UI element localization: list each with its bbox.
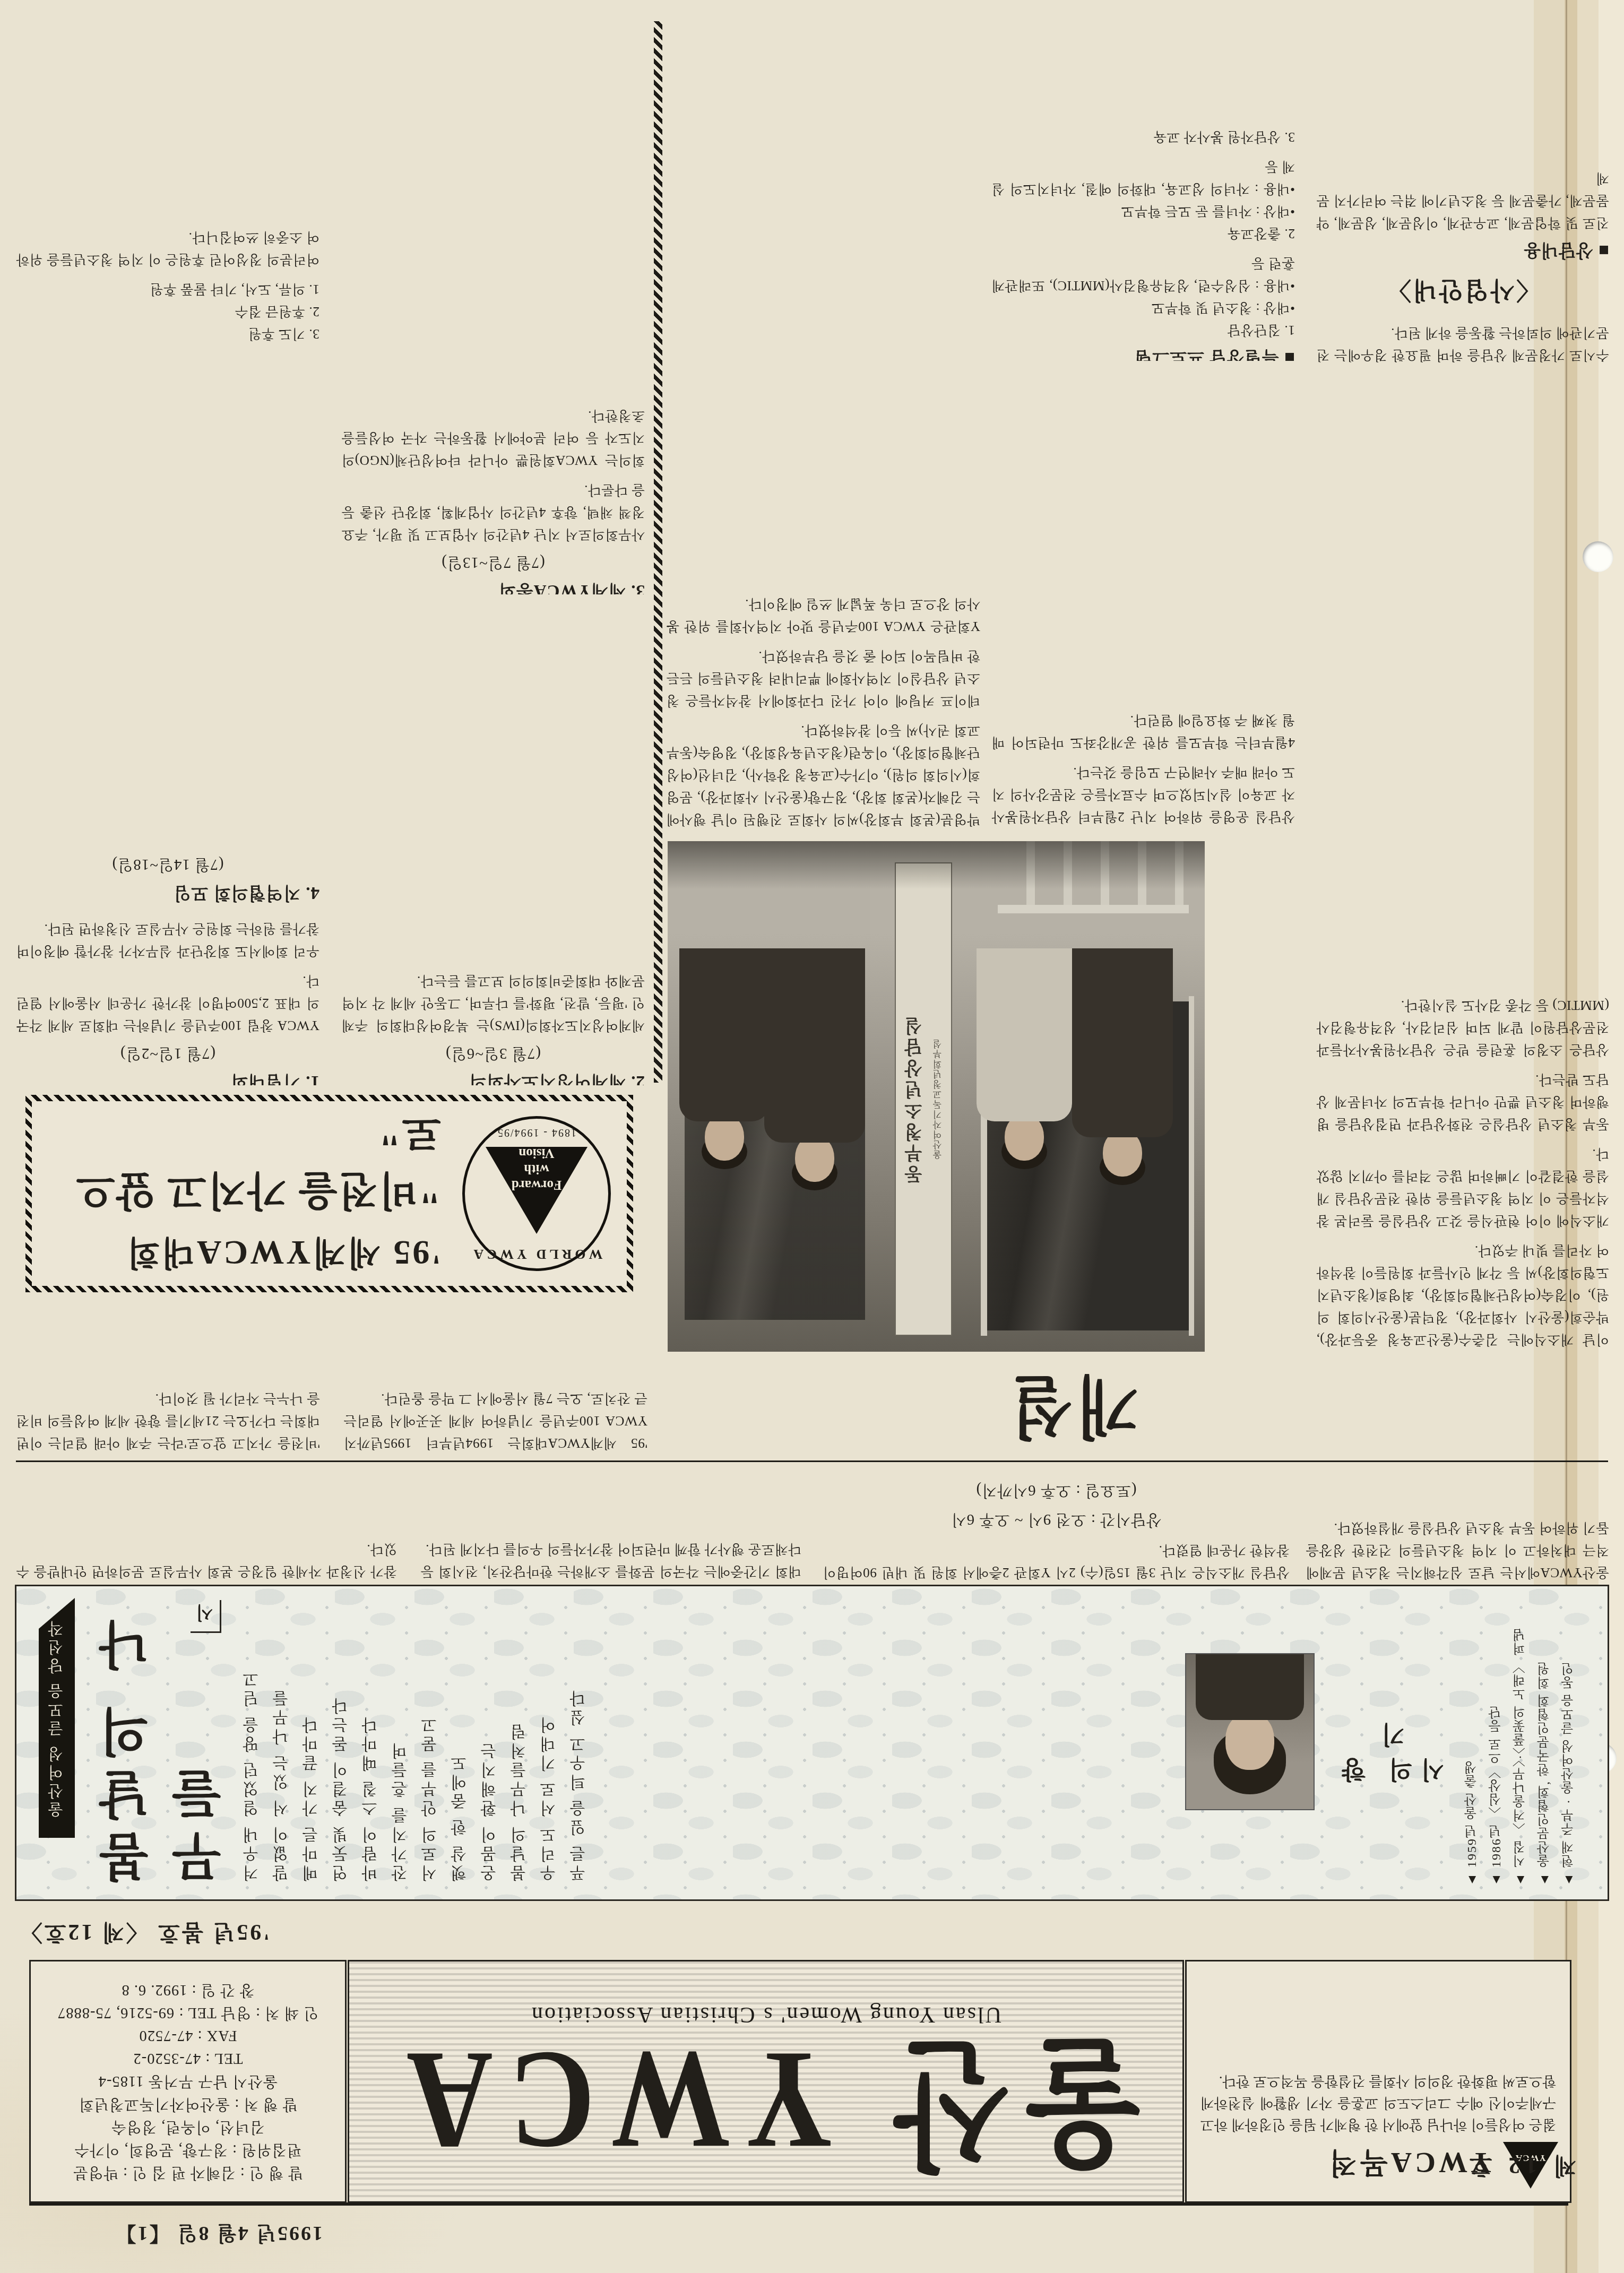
text-segment: 겨우내 얼었던 땅을 딛고 — [245, 1600, 261, 1881]
text-segment: ■ 특별상담 프로그램 — [991, 347, 1295, 361]
text-segment: 여러분의 정성어린 후원은 이 지역 청소년들을 위하여 소중히 쓰여집니다. — [16, 226, 319, 271]
text-segment: (7월 3일~6일) — [341, 1044, 645, 1066]
portrait-body — [1196, 1654, 1304, 1720]
text-segment: 4월부터는 학부모를 위한 공개강좌도 마련되어 매월 첫째 주 화요일에 열린… — [991, 709, 1295, 754]
text-segment: 동부 청소년 상담실은 전화상담과 면접상담을 병행하며 청소년 뿐만 아니라 … — [1316, 1068, 1609, 1135]
article-ywca95-item1: 1. 기념대회(7월 1일~2일)YWCA 창립 100주년을 기념하는 대회로… — [16, 353, 319, 1085]
text-segment: 1. 집단상담 •대상 : 청소년 및 학부모 •내용 : 심성수련, 성격유형… — [991, 252, 1295, 341]
article-photo: 울산여자기독교청년회부설 동부청소년상담실 — [668, 841, 1205, 1352]
text-segment: 잔가지를 흔들며 — [393, 1600, 409, 1881]
text-segment: (토요일 : 오후 6시까지) — [823, 1481, 1290, 1502]
poet-bio: ▲ 1959년 울산 출생▲ 1986년 〈심상〉으로 등단▲ 시집 〈겨울나무… — [1465, 1596, 1586, 1887]
photo-railing — [998, 905, 1189, 913]
world-ywca-logo: WORLD YWCA Forward with Vision 1894 - 19… — [462, 1116, 611, 1271]
text-segment: 1. 기념대회 — [16, 1071, 319, 1085]
article-special-programs: ■ 특별상담 프로그램1. 집단상담 •대상 : 청소년 및 학부모 •내용 :… — [991, 11, 1295, 361]
pub-line: 편집위원 : 정구향, 문영희, 이가수 — [36, 2139, 340, 2161]
season-label: '95년 봄호 〈제 12호〉 — [15, 1915, 270, 1950]
newspaper-scan-page: 1995년 4월 8일 【1】 발 행 인 : 김혜자 편 집 인 : 박영분 … — [0, 0, 1624, 2273]
pub-line: 김녀선, 이옥련, 정영숙 — [36, 2116, 340, 2138]
text-segment: 울산YWCA에서는 날로 심각해지는 청소년 문제에 적극 대처하고 이 지역 … — [1306, 1517, 1609, 1584]
text-segment: 봄날의 나무들처럼 — [512, 1600, 528, 1881]
issue-number-text: 제 12 호 — [1428, 2152, 1576, 2185]
season-label-text: '95년 봄호 〈제 12호〉 — [15, 1915, 270, 1950]
poem-corner-label: 시의 향기 — [1320, 1719, 1458, 1789]
article-lead-intro2: 상담실 개소식은 지난 3월 15일(수) 2시 Y회관 2층에서 회원 및 내… — [823, 1466, 1290, 1584]
dateline: 1995년 4월 8일 【1】 — [47, 2217, 323, 2250]
dateline-text: 1995년 4월 8일 【1】 — [47, 2217, 323, 2250]
headline-rule — [16, 1460, 1608, 1462]
ywca95-box: WORLD YWCA Forward with Vision 1894 - 19… — [25, 1095, 633, 1292]
photo-door-frame — [1189, 996, 1194, 1336]
article-volunteer-training: 상담실 운영을 위하여 지난 2월부터 상담자원봉사자 교육이 실시되었으며 수… — [991, 371, 1295, 828]
text-segment: '95 세계YWCA대회는 1994년부터 1995년까지 YWCA 100주년… — [343, 1387, 647, 1454]
article-lead-intro: 울산YWCA에서는 날로 심각해지는 청소년 문제에 적극 대처하고 이 지역 … — [1306, 1466, 1609, 1584]
logo-years: 1894 - 1994/95 — [465, 1126, 608, 1138]
headline-text: Y회관 동부 청소년 상담실 개설 — [663, 1357, 1483, 1459]
portrait-face — [1225, 1713, 1274, 1770]
text-segment: 말없이 서 있는 나무들 — [274, 1600, 290, 1881]
text-segment: 대회 기간중에는 각국의 문화를 소개하는 한마당잔치, 전시회 등 다채로운 … — [420, 1538, 801, 1583]
text-segment: ■ 상담내용 — [1316, 239, 1609, 264]
poem-body: 겨우내 얼었던 땅을 딛고말없이 서 있는 나무들메마른 가지 끝마다연둣빛 숨… — [245, 1600, 601, 1881]
signboard-text: 동부청소년상담실 — [902, 1014, 928, 1184]
pub-line: FAX : 47-7520 — [36, 2025, 340, 2047]
photo-person — [977, 948, 1072, 1161]
pub-line: 발 행 처 : 울산여자기독교청년회 — [36, 2094, 340, 2115]
text-segment: 〈사업안내〉 — [1316, 275, 1609, 310]
article-ywca95-item2: 2. 세계여성지도자회의(7월 3일~6일)세계여성지도자회의(IWS)는 북경… — [341, 605, 645, 1085]
text-segment: 개소식에 이어 현판식을 갖고 상담실을 둘러본 참석자들은 이 지역 청소년들… — [1316, 1143, 1609, 1232]
pub-line: TEL : 47-3520-2 — [36, 2048, 340, 2070]
article-ywca95-overview: '95 세계YWCA대회는 1994년부터 1995년까지 YWCA 100주년… — [16, 1298, 647, 1454]
article-ywca95-item3: 3. 세계YWCA총회(7월 7일~13일)사무회의로서 지난 4년간의 사업보… — [341, 11, 645, 594]
article-ywca95-events: 대회 기간중에는 각국의 문화를 소개하는 한마당잔치, 전시회 등 다채로운 … — [16, 1466, 801, 1583]
poem-title: 봄날의 나무들 — [92, 1597, 237, 1883]
publication-info-box: 발 행 인 : 김혜자 편 집 인 : 박영분 편집위원 : 정구향, 문영희,… — [29, 1960, 347, 2203]
text-segment: 2. 세계여성지도자회의 — [341, 1071, 645, 1085]
text-segment: Y회관은 YWCA 100주년을 맞아 지역사회를 위한 봉사의 장으로 더욱 … — [666, 593, 980, 637]
ywca95-line1: '95 세계YWCA대회 — [48, 1231, 441, 1280]
logo-ring-text: WORLD YWCA — [465, 1246, 608, 1262]
photo-person — [679, 948, 770, 1161]
logo-triangle: Forward with Vision — [486, 1147, 588, 1234]
text-segment: 메마른 가지 끝마다 — [304, 1600, 320, 1881]
text-segment: (7월 7일~13일) — [341, 553, 645, 575]
text-segment: 3. 상담자원 봉사자 교육 — [991, 126, 1295, 148]
issue-number: 제 12 호 — [1428, 2152, 1576, 2185]
pub-line: 창 간 일 : 1992. 6. 8 — [36, 1980, 340, 2001]
photo-person — [764, 948, 865, 1182]
text-segment: 푸른 잎을 틔우고 싶다 — [572, 1600, 588, 1881]
text-segment: 진로 및 학업문제, 교우관계, 이성문제, 성문제, 약물문제, 가출문제 등… — [1316, 167, 1609, 234]
article-lead-body: 이날 개소식에는 김춘수(울산교육청 중등과장), 박순희(울산시 사회과장),… — [1316, 371, 1609, 1351]
column-divider — [654, 21, 662, 1083]
article-service-guide: 수시로 가정문제 상담을 하며 필요한 경우에는 전문기관에 의뢰하는 활동을 … — [1316, 29, 1609, 366]
poem-ribbon-banner: 울산여성 글모음 당선작 — [39, 1598, 75, 1838]
article-support-list: 3. 기도 후원 2. 후원금 접수 1. 의류, 도서, 기타 물품 후원여러… — [16, 11, 319, 345]
text-segment: 이날 개소식에는 김춘수(울산교육청 중등과장), 박순희(울산시 사회과장),… — [1316, 1239, 1609, 1351]
text-segment: ▲ 1986년 〈심상〉으로 등단 — [1490, 1596, 1505, 1887]
text-segment: 연둣빛 숨결이 돋는다 — [334, 1600, 350, 1881]
text-segment: (7월 14일~18일) — [16, 855, 319, 877]
text-segment: 사무회의로서 지난 4년간의 사업보고 및 평가, 주요정책 채택, 향후 4년… — [341, 479, 645, 546]
text-segment: 바람이 스칠 때마다 — [364, 1600, 379, 1881]
photo-person — [1072, 948, 1173, 1177]
article-guests: 박영분(본회 부회장)씨의 사회로 진행된 이날 행사에는 김혜자(본회 회장)… — [666, 11, 980, 831]
photo-shadow — [668, 841, 1205, 889]
text-segment: ▲ 1959년 울산 출생 — [1465, 1596, 1480, 1887]
text-segment: ▲ 시집 〈겨울나무〉·〈풀꽃의 노래〉 펴냄 — [1514, 1596, 1528, 1887]
poet-portrait — [1185, 1653, 1315, 1810]
ywca95-line2: "비전을 가지고 앞으로" — [48, 1107, 441, 1223]
text-segment: YWCA 창립 100주년을 기념하는 대회로 세계 각국의 대표 2,500여… — [16, 970, 319, 1036]
text-segment: 우리 회에서도 회장단과 실무자가 참가할 예정이며 참가를 원하는 회원은 사… — [16, 918, 319, 962]
text-segment: ▲ 현재 주부 · 울산여성 글모음 동인 — [1562, 1596, 1577, 1887]
text-segment: 온몸이 환해지는 — [482, 1600, 498, 1881]
text-segment: 세계여성지도자회의(IWS)는 북경여성대회의 주제인 '평등, 발전, 평화'… — [341, 970, 645, 1036]
text-segment: 상담은 소정의 훈련을 받은 상담자원봉사자들과 전문상담원이 맡게 되며 심리… — [1316, 994, 1609, 1061]
text-segment: 상담시간 : 오전 9시 ~ 오후 6시 — [823, 1510, 1290, 1532]
text-segment: (7월 1일~2일) — [16, 1044, 319, 1066]
pub-line: 인 쇄 처 : 영남 TEL : 69-5216, 75-8887 — [36, 2002, 340, 2024]
text-segment: 상담실 운영을 위하여 지난 2월부터 상담자원봉사자 교육이 실시되었으며 수… — [991, 761, 1295, 828]
pub-line: 발 행 인 : 김혜자 편 집 인 : 박영분 — [36, 2162, 340, 2184]
photo-signboard: 울산여자기독교청년회부설 동부청소년상담실 — [895, 862, 952, 1336]
pub-line: 울산시 남구 무거동 1185-4 — [36, 2071, 340, 2093]
text-segment: '비전을 가지고 앞으로'라는 주제 아래 열리는 이번 대회는 다가오는 21… — [16, 1387, 320, 1454]
text-segment: 햇살 한 줌에도 — [453, 1600, 469, 1881]
text-segment: 2. 출장교육 •대상 : 자녀를 둔 모든 학부모 •내용 : 자녀의 성교육… — [991, 155, 1295, 245]
text-segment: 3. 세계YWCA총회 — [341, 580, 645, 594]
text-segment: 4. 지역협의회 모임 — [16, 882, 319, 907]
poem-genre-label: 시 — [191, 1600, 221, 1633]
text-segment: 참가 신청과 자세한 일정은 본회 사무실로 문의하면 안내받을 수 있다. — [16, 1538, 397, 1583]
text-segment: 우리도 서로 기대어 — [542, 1600, 558, 1881]
text-segment: 테이프 커팅에 이어 가진 다과회에서 참석자들은 청소년 상담실이 지역사회에… — [666, 645, 980, 712]
masthead-title: 울산 YWCA — [391, 2030, 1141, 2172]
purpose-body: 젊은 여성들이 하나님 앞에서 한 형제가 됨을 인정하게 하고 구세주이신 예… — [1195, 2070, 1561, 2136]
signboard-subtext: 울산여자기독교청년회부설 — [931, 1039, 945, 1160]
text-segment: 박영분(본회 부회장)씨의 사회로 진행된 이날 행사에는 김혜자(본회 회장)… — [666, 719, 980, 831]
text-segment: ▲ 울산문인협회, 한국문인협회 회원 — [1538, 1596, 1553, 1887]
text-segment: 회의는 YWCA회원뿐 아니라 타여성단체(NGO)의 지도자 등 여러 분야에… — [341, 404, 645, 471]
masthead-box: 울산 YWCA Ulsan Young Women' s Christian A… — [348, 1960, 1184, 2203]
text-segment: 상담실 개소식은 지난 3월 15일(수) 2시 Y회관 2층에서 회원 및 내… — [823, 1539, 1290, 1584]
headline-block: Y회관 동부 청소년 상담실 개설 — [663, 1357, 1483, 1459]
text-segment: 서로의 안부를 묻고 — [423, 1600, 439, 1881]
text-segment: 3. 기도 후원 2. 후원금 접수 1. 의류, 도서, 기타 물품 후원 — [16, 278, 319, 345]
text-segment: 수시로 가정문제 상담을 하며 필요한 경우에는 전문기관에 의뢰하는 활동을 … — [1316, 322, 1609, 366]
poem-feature-box: 울산여성 글모음 당선작 봄날의 나무들 시 겨우내 얼었던 땅을 딛고말없이 … — [15, 1585, 1609, 1901]
